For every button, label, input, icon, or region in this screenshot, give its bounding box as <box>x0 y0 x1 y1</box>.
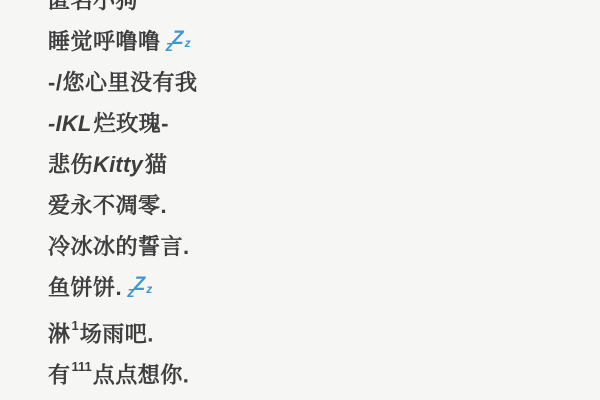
nickname-text: 鱼饼饼. <box>48 275 122 300</box>
nickname-text: 猫 <box>145 152 168 177</box>
nickname-line: 冷冰冰的誓言. <box>48 226 600 267</box>
nickname-line: 鱼饼饼.zZz <box>48 267 600 308</box>
nickname-text: 淋 <box>48 321 71 346</box>
nickname-text: 爱永不凋零. <box>48 193 167 218</box>
nickname-text: 烂玫瑰- <box>94 111 169 136</box>
nickname-text: 有 <box>48 362 71 387</box>
zzz-letter: Z <box>172 28 184 49</box>
nickname-line: -IKL烂玫瑰- <box>48 103 600 144</box>
nickname-text: 111 <box>72 359 92 374</box>
zzz-sleep-icon: zZz <box>127 267 152 312</box>
nickname-line: -/您心里没有我 <box>48 62 600 103</box>
nickname-text: -/您心里没有我 <box>48 70 197 95</box>
nickname-text: 冷冰冰的誓言. <box>48 234 190 259</box>
nickname-text: Kitty <box>93 152 145 177</box>
nickname-line: 淋1场雨吧. <box>48 308 600 349</box>
zzz-letter: Z <box>134 274 146 295</box>
nickname-text: 点点想你. <box>93 362 190 387</box>
nickname-line: 匿名小狗 <box>48 0 600 21</box>
nickname-line: 有111点点想你. <box>48 349 600 390</box>
zzz-letter: z <box>146 282 152 296</box>
nickname-text: 1 <box>72 318 79 333</box>
nickname-text: 场雨吧. <box>80 321 154 346</box>
zzz-letter: z <box>185 36 191 50</box>
nickname-list-page: 匿名小狗睡觉呼噜噜zZz-/您心里没有我-IKL烂玫瑰-悲伤Kitty猫爱永不凋… <box>0 0 600 400</box>
zzz-sleep-icon: zZz <box>166 21 191 66</box>
nickname-line: 悲伤Kitty猫 <box>48 144 600 185</box>
nickname-text: 悲伤 <box>48 152 93 177</box>
nickname-list: 匿名小狗睡觉呼噜噜zZz-/您心里没有我-IKL烂玫瑰-悲伤Kitty猫爱永不凋… <box>0 0 600 390</box>
nickname-text: -IKL <box>48 111 94 136</box>
nickname-line: 爱永不凋零. <box>48 185 600 226</box>
nickname-line: 睡觉呼噜噜zZz <box>48 21 600 62</box>
nickname-text: 睡觉呼噜噜 <box>48 29 161 54</box>
nickname-text: 匿名小狗 <box>48 0 138 13</box>
